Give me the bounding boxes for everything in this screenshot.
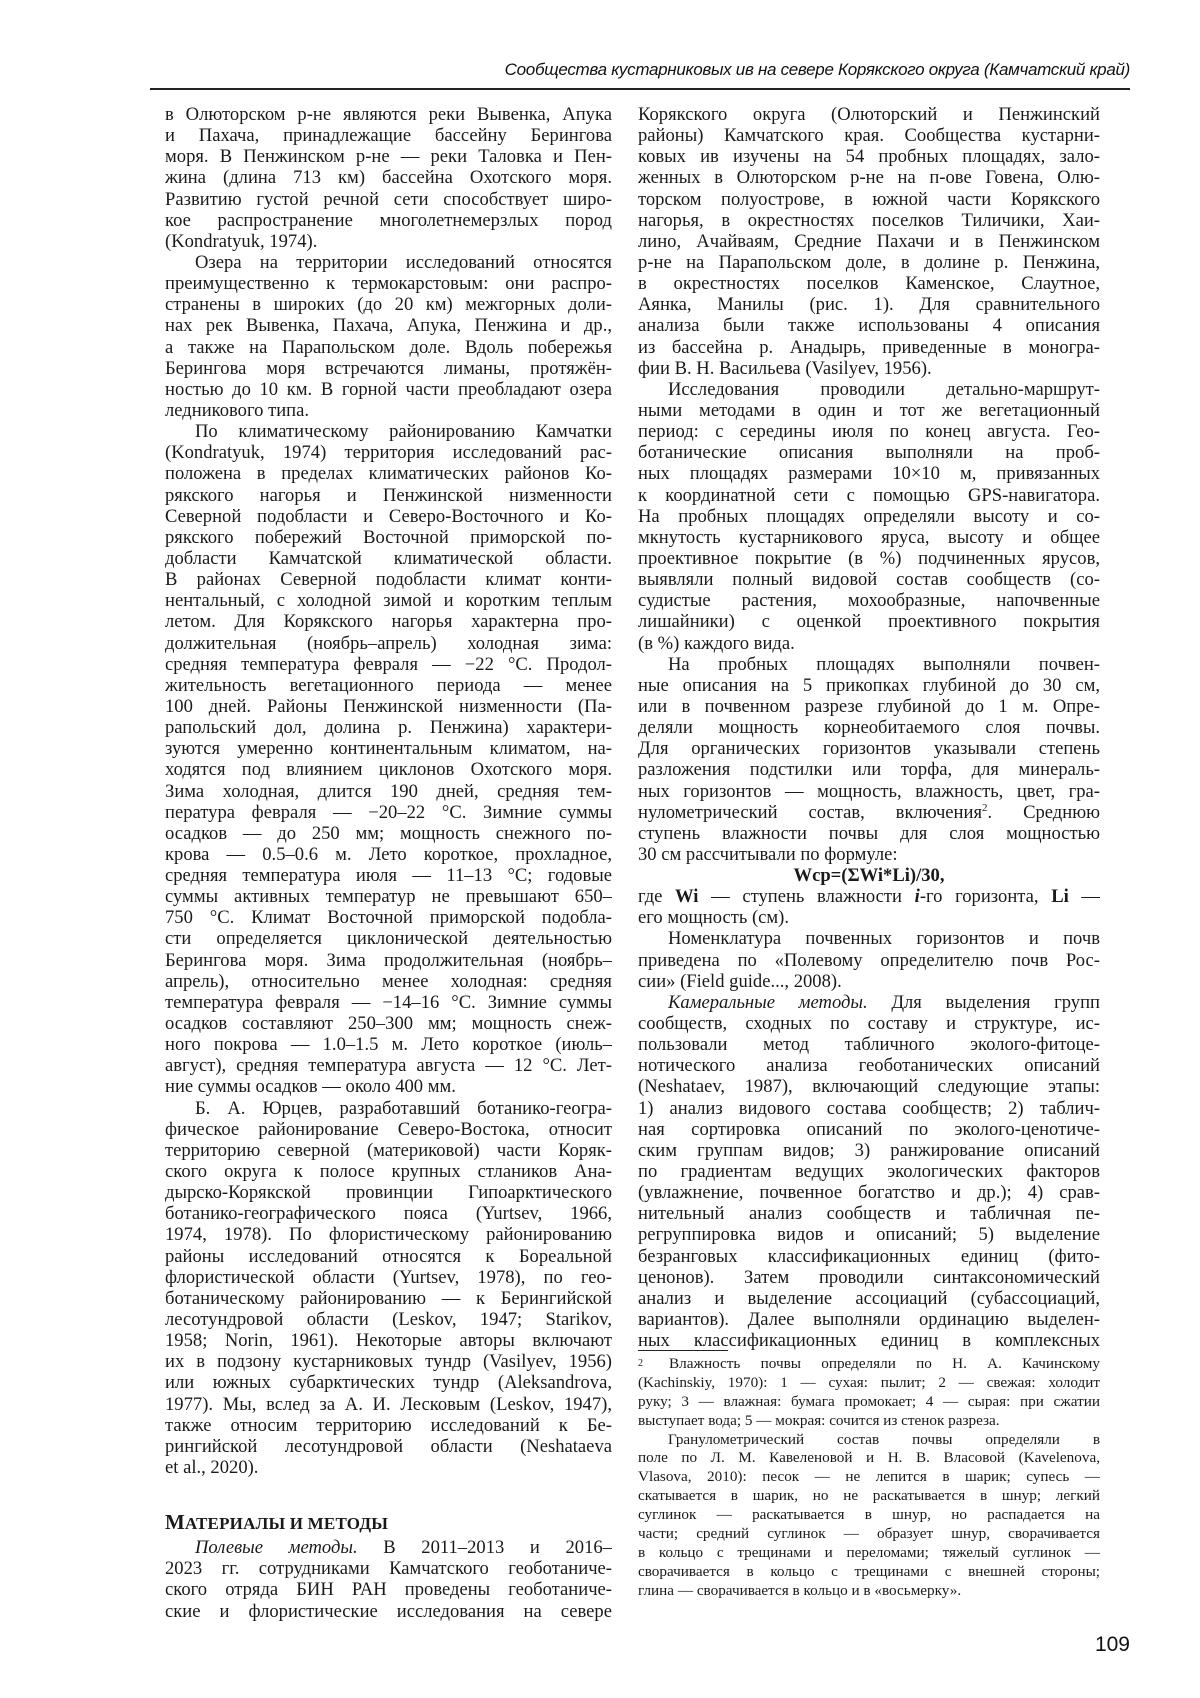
text-line: нентальный, с холодной зимой и коротким … [165,590,612,611]
text-line: по градиентам ведущих экологических факт… [638,1161,1100,1182]
text-line: ботанические описания выполняли на проб- [638,442,1100,463]
heading-rest: АТЕРИАЛЫ И МЕТОДЫ [185,1514,388,1533]
text-line: флористической области (Yurtsev, 1978), … [165,1267,612,1288]
footnote-line: руку; 3 — влажная: бумага промокает; 4 —… [638,1393,1100,1412]
text-line: 750 °С. Климат Восточной приморской подо… [165,907,612,928]
moisture-formula: Wср=(ΣWi*Li)/30, [638,865,1100,886]
footnote-line: в кольцо с трещинами и переломами; тяжел… [638,1544,1100,1563]
text-run: В 2011–2013 и 2016– [358,1537,612,1558]
text-line: ных площадях размерами 10×10 м, привязан… [638,463,1100,484]
text-line: фическое районирование Северо-Востока, о… [165,1119,612,1140]
paragraph-nomenclature: Номенклатура почвенных горизонтов и почв… [638,928,1100,991]
text-line: сти определяется циклонической деятельно… [165,928,612,949]
text-line: ского отряда БИН РАН проведены геоботани… [165,1579,612,1600]
text-run: где [638,886,675,907]
text-line: нотического анализа геоботанических опис… [638,1055,1100,1076]
footnote-line: (Kachinskiy, 1970): 1 — сухая: пылит; 2 … [638,1374,1100,1393]
paragraph-lakes: Озера на территории исследований относят… [165,252,612,421]
footnote-line: скатывается в шарик, но не раскатывается… [638,1487,1100,1506]
text-line: Камеральные методы. Для выделения групп [638,992,1100,1013]
symbol-wi: Wi [675,886,698,907]
text-line: или южных субарктических тундр (Aleksand… [165,1372,612,1393]
text-line: ными методами в один и тот же вегетацион… [638,400,1100,421]
text-line: Номенклатура почвенных горизонтов и почв [638,928,1100,949]
footnote-line: 2Влажность почвы определяли по Н. А. Кач… [638,1355,1100,1374]
footnote-line: суглинок — раскатывается в шнур, но расп… [638,1506,1100,1525]
text-line: 1) анализ видового состава сообществ; 2)… [638,1098,1100,1119]
text-line: средняя температура июля — 11–13 °С; год… [165,865,612,886]
text-line: нагорья, в окрестностях поселков Тиличик… [638,210,1100,231]
text-line: р-не на Парапольском доле, в долине р. П… [638,252,1100,273]
text-line: разложения подстилки или торфа, для мине… [638,759,1100,780]
text-run: . Среднюю [988,802,1100,823]
text-line: сообществ, сходных по составу и структур… [638,1013,1100,1034]
text-line: Зима холодная, длится 190 дней, средняя … [165,781,612,802]
text-line: нулометрический состав, включения2. Сред… [638,802,1100,823]
paragraph-yurtsev: Б. А. Юрцев, разработавший ботанико-геог… [165,1098,612,1479]
text-line: суммы активных температур не превышают 6… [165,886,612,907]
text-line: ские и флористические исследования на се… [165,1601,612,1622]
section-spacer [165,1478,612,1499]
text-line: Северной подобласти и Северо-Восточного … [165,506,612,527]
text-line: должительная (ноябрь–апрель) холодная зи… [165,633,612,654]
left-column: в Олюторском р-не являются реки Вывенка,… [165,104,612,1622]
text-line: его мощность (см). [638,907,1100,928]
heading-capital: М [165,1510,185,1534]
text-line: районы исследований относятся к Бореальн… [165,1246,612,1267]
text-line: нительный анализ сообществ и табличная п… [638,1203,1100,1224]
text-line: (Kondratyuk, 1974). [165,231,612,252]
text-line: положена в пределах климатических районо… [165,463,612,484]
text-line: добласти Камчатской климатической област… [165,548,612,569]
text-line: На пробных площадях определяли высоту и … [638,506,1100,527]
text-line: выявляли полный видовой состав сообществ… [638,569,1100,590]
text-line: 2023 гг. сотрудниками Камчатского геобот… [165,1558,612,1579]
text-line: Развитию густой речной сети способствует… [165,189,612,210]
text-line: преимущественно к термокарстовым: они ра… [165,273,612,294]
text-line: (увлажнение, почвенное богатство и др.);… [638,1182,1100,1203]
text-line: (в %) каждого вида. [638,633,1100,654]
text-run: — [1069,886,1100,907]
text-line: Аянка, Манилы (рис. 1). Для сравнительно… [638,294,1100,315]
paragraph-study-sites: Корякского округа (Олюторский и Пенжинск… [638,104,1100,379]
paragraph-climate: По климатическому районированию Камчатки… [165,421,612,1098]
footnote-line: глина — сворачивается в кольцо и в «вось… [638,1582,1100,1601]
text-line: 1974, 1978). По флористическому райониро… [165,1224,612,1245]
text-line: На пробных площадях выполняли почвен- [638,654,1100,675]
text-line: моря. В Пенжинском р-не — реки Таловка и… [165,146,612,167]
paragraph-office-methods: Камеральные методы. Для выделения групп … [638,992,1100,1351]
text-line: мкнутость кустарникового яруса, высоту и… [638,527,1100,548]
text-line: 1977). Мы, вслед за А. И. Лесковым (Lesk… [165,1394,612,1415]
text-line: безранговых классификационных единиц (фи… [638,1246,1100,1267]
subheading-field-methods: Полевые методы. [195,1537,358,1558]
text-line: лесотундровой области (Leskov, 1947; Sta… [165,1309,612,1330]
text-line: В районах Северной подобласти климат кон… [165,569,612,590]
text-line: ностью до 10 км. В горной части преоблад… [165,379,612,400]
text-line: Для органических горизонтов указывали ст… [638,738,1100,759]
text-line: а также на Парапольском доле. Вдоль побе… [165,337,612,358]
text-line: фии В. Н. Васильева (Vasilyev, 1956). [638,358,1100,379]
text-line: ные описания на 5 прикопках глубиной до … [638,675,1100,696]
text-line: рякского нагорья и Пенжинской низменност… [165,485,612,506]
text-line: ная сортировка описаний по эколого-ценот… [638,1119,1100,1140]
text-run: Для выделения групп [868,992,1100,1013]
text-line: рякского побережий Восточной приморской … [165,527,612,548]
text-line: в Олюторском р-не являются реки Вывенка,… [165,104,612,125]
footnote-mark: 2 [638,1358,643,1369]
text-line: проективное покрытие (в %) подчиненных я… [638,548,1100,569]
text-line: рапольский дол, долина р. Пенжина) харак… [165,717,612,738]
paragraph-field-methods: Полевые методы. В 2011–2013 и 2016– 2023… [165,1537,612,1622]
text-line: 1958; Norin, 1961). Некоторые авторы вкл… [165,1330,612,1351]
page-number: 109 [1095,1633,1130,1657]
text-line: также относим территорию исследований к … [165,1415,612,1436]
text-line: осадков — до 250 мм; мощность снежного п… [165,823,612,844]
text-line: Полевые методы. В 2011–2013 и 2016– [165,1537,612,1558]
text-line: зуются умеренно континентальным климатом… [165,738,612,759]
symbol-li: Li [1051,886,1069,907]
text-line: дырско-Корякской провинции Гипоарктическ… [165,1182,612,1203]
text-line: летом. Для Корякского нагорья характерна… [165,611,612,632]
text-line: пература февраля — −20–22 °С. Зимние сум… [165,802,612,823]
text-line: ного покрова — 1.0–1.5 м. Лето короткое … [165,1034,612,1055]
footnote-line: поле по Л. М. Кавеленовой и Н. В. Власов… [638,1449,1100,1468]
text-line: Берингова моря встречаются лиманы, протя… [165,358,612,379]
text-line: анализа были также использованы 4 описан… [638,315,1100,336]
text-line: кое распространение многолетнемерзлых по… [165,210,612,231]
right-column: Корякского округа (Олюторский и Пенжинск… [638,104,1100,1351]
footnote-rule [638,1350,728,1351]
text-line: ходятся под влиянием циклонов Охотского … [165,759,612,780]
header-rule [150,88,1130,90]
text-line: лино, Ачайваям, Средние Пахачи и в Пенжи… [638,231,1100,252]
text-line: сии» (Field guide..., 2008). [638,971,1100,992]
text-line: (Kondratyuk, 1974) территория исследован… [165,442,612,463]
formula-explanation: где Wi — ступень влажности i-го горизонт… [638,886,1100,907]
text-line: рингийской лесотундровой области (Neshat… [165,1436,612,1457]
text-line: судистые растения, мохообразные, напочве… [638,590,1100,611]
text-line: лишайники) с оценкой проективного покрыт… [638,611,1100,632]
text-line: апрель), относительно менее холодная: ср… [165,971,612,992]
text-line: ступень влажности почвы для слоя мощност… [638,823,1100,844]
text-line: средняя температура февраля — −22 °С. Пр… [165,654,612,675]
paragraph-soil-descriptions: На пробных площадях выполняли почвен- ны… [638,654,1100,929]
text-line: крова — 0.5–0.6 м. Лето короткое, прохла… [165,844,612,865]
text-line: et al., 2020). [165,1457,612,1478]
text-line: женных в Олюторском р-не на п-ове Говена… [638,167,1100,188]
text-line: и Пахача, принадлежащие бассейну Беринго… [165,125,612,146]
text-line: анализ и выделение ассоциаций (субассоци… [638,1288,1100,1309]
text-line: Озера на территории исследований относят… [165,252,612,273]
text-line: По климатическому районированию Камчатки [165,421,612,442]
footnote-line: части; средний суглинок — образует шнур,… [638,1525,1100,1544]
text-line: температура февраля — −14–16 °С. Зимние … [165,992,612,1013]
text-line: (Neshataev, 1987), включающий следующие … [638,1076,1100,1097]
text-line: ботанико-географического пояса (Yurtsev,… [165,1203,612,1224]
text-line: 30 см рассчитывали по формуле: [638,844,1100,865]
text-line: или в почвенном разрезе глубиной до 1 м.… [638,696,1100,717]
footnote-line: Гранулометрический состав почвы определя… [638,1431,1100,1450]
text-line: районы) Камчатского края. Сообщества кус… [638,125,1100,146]
text-line: жина (длина 713 км) бассейна Охотского м… [165,167,612,188]
text-line: пользовали метод табличного эколого-фито… [638,1034,1100,1055]
text-line: территорию северной (материковой) части … [165,1140,612,1161]
text-line: к координатной сети с помощью GPS-навига… [638,485,1100,506]
text-line: торском полуострове, в южной части Коряк… [638,189,1100,210]
text-run: — ступень влажности [698,886,914,907]
text-line: Берингова моря. Зима продолжительная (но… [165,950,612,971]
text-run: нулометрический состав, включения [638,802,982,823]
text-line: ных горизонтов — мощность, влажность, цв… [638,781,1100,802]
text-line: ние суммы осадков — около 400 мм. [165,1076,612,1097]
text-line: жительность вегетационного периода — мен… [165,675,612,696]
text-line: август), средняя температура августа — 1… [165,1055,612,1076]
section-heading-materials-methods: МАТЕРИАЛЫ И МЕТОДЫ [165,1507,612,1537]
text-run: Влажность почвы определяли по Н. А. Качи… [669,1355,1100,1372]
paragraph-rivers: в Олюторском р-не являются реки Вывенка,… [165,104,612,252]
text-line: ским группам видов; 3) ранжирование опис… [638,1140,1100,1161]
text-line: период: с середины июля по конец августа… [638,421,1100,442]
footnotes: 2Влажность почвы определяли по Н. А. Кач… [638,1350,1100,1601]
subheading-office-methods: Камеральные методы. [668,992,868,1013]
text-line: ных классификационных единиц в комплексн… [638,1330,1100,1351]
text-line: ковых ив изучены на 54 пробных площадях,… [638,146,1100,167]
text-run: -го горизонта, [920,886,1051,907]
text-line: 100 дней. Районы Пенжинской низменности … [165,696,612,717]
running-head: Сообщества кустарниковых ив на севере Ко… [150,60,1130,88]
text-line: вариантов). Далее выполняли ординацию вы… [638,1309,1100,1330]
text-line: странены в широких (до 20 км) межгорных … [165,294,612,315]
text-line: их в подзону кустарниковых тундр (Vasily… [165,1351,612,1372]
text-line: нах рек Вывенка, Пахача, Апука, Пенжина … [165,315,612,336]
text-line: приведена по «Полевому определителю почв… [638,950,1100,971]
footnote-line: выступает вода; 5 — мокрая: сочится из с… [638,1412,1100,1431]
text-line: Корякского округа (Олюторский и Пенжинск… [638,104,1100,125]
text-line: регруппировка видов и описаний; 5) выдел… [638,1224,1100,1245]
footnote-line: Vlasova, 2010): песок — не лепится в шар… [638,1468,1100,1487]
text-line: Б. А. Юрцев, разработавший ботанико-геог… [165,1098,612,1119]
text-line: в окрестностях поселков Каменское, Слаут… [638,273,1100,294]
paragraph-route-methods: Исследования проводили детально-маршрут-… [638,379,1100,654]
text-line: ского округа к полосе крупных стлаников … [165,1161,612,1182]
footnote-line: сворачивается в кольцо с трещинами с вне… [638,1563,1100,1582]
text-line: осадков составляют 250–300 мм; мощность … [165,1013,612,1034]
text-line: ледникового типа. [165,400,612,421]
text-line: деляли мощность корнеобитаемого слоя поч… [638,717,1100,738]
text-line: из бассейна р. Анадырь, приведенные в мо… [638,337,1100,358]
text-line: ценонов). Затем проводили синтаксономиче… [638,1267,1100,1288]
text-line: ботаническому районированию — к Берингий… [165,1288,612,1309]
text-line: Исследования проводили детально-маршрут- [638,379,1100,400]
